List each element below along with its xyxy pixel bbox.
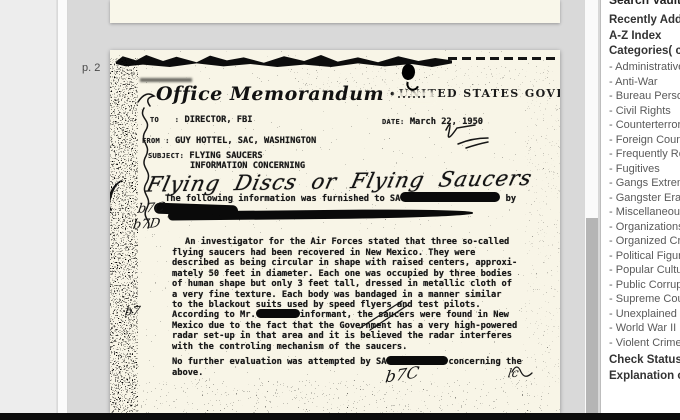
category-link-counterterrorism[interactable]: Counterterrorism <box>609 118 680 133</box>
previous-page-scan <box>110 0 560 23</box>
exemption-code-b7: b7 <box>124 303 142 318</box>
redaction-bar <box>168 208 473 220</box>
field-subject: SUBJECT: FLYING SAUCERS <box>148 151 263 161</box>
field-to: TO : DIRECTOR, FBI <box>150 115 252 125</box>
intro-line: The following information was furnished … <box>165 192 516 205</box>
category-link-gangster-era[interactable]: Gangster Era <box>609 191 680 206</box>
category-link-miscellaneous[interactable]: Miscellaneous <box>609 205 680 220</box>
redaction-bar <box>400 192 500 202</box>
category-link-violent-crime[interactable]: Violent Crime <box>609 336 680 351</box>
memo-paragraph-2: According to Mr.informant, the saucers w… <box>172 309 544 352</box>
memo-paragraph-3: No further evaluation was attempted by S… <box>172 356 544 378</box>
memo-page-scan: Office Memorandum•UNITED STATES GOVERNME… <box>110 50 560 413</box>
margin-mark-lc: lc <box>507 366 520 381</box>
memo-letterhead: Office Memorandum•UNITED STATES GOVERNME… <box>156 83 556 105</box>
category-link-civil-rights[interactable]: Civil Rights <box>609 104 680 119</box>
viewer-scrollbar-thumb[interactable] <box>586 218 598 413</box>
to-value: DIRECTOR, FBI <box>184 115 252 125</box>
left-gutter <box>0 0 57 413</box>
redaction-bar <box>256 309 300 318</box>
form-number-smudge <box>140 78 192 82</box>
bottom-edge-bar <box>0 413 680 420</box>
category-link-administrative[interactable]: Administrative Policy Procedures <box>609 60 680 75</box>
category-link-bureau-personnel[interactable]: Bureau Personnel <box>609 89 680 104</box>
category-link-unexplained-phenomenon[interactable]: Unexplained Phenomenon <box>609 307 680 322</box>
sidebar-item-check-status[interactable]: Check Status of Your FOI/PA Request <box>609 354 680 366</box>
memo-paragraph-1: An investigator for the Air Forces state… <box>172 237 544 311</box>
field-from: FROM : GUY HOTTEL, SAC, WASHINGTON <box>142 136 316 146</box>
category-link-political-figures[interactable]: Political Figures Events <box>609 249 680 264</box>
category-link-organized-crime[interactable]: Organized Crime <box>609 234 680 249</box>
letterhead-script: Office Memorandum <box>156 83 384 105</box>
exemption-code-b7c-bottom: b7C <box>384 363 420 387</box>
category-link-popular-culture[interactable]: Popular Culture <box>609 263 680 278</box>
letterhead-bullet: • <box>390 86 395 101</box>
category-link-fugitives[interactable]: Fugitives <box>609 162 680 177</box>
category-link-supreme-court[interactable]: Supreme Court <box>609 292 680 307</box>
exemption-code-b7c: b7C <box>137 200 166 217</box>
sidebar-item-recently-added[interactable]: Recently Added <box>609 14 680 26</box>
category-link-world-war-ii[interactable]: World War II <box>609 321 680 336</box>
field-date: DATE: March 22, 1950 <box>382 117 483 127</box>
category-link-foreign-counterintelligence[interactable]: Foreign Counterintelligence <box>609 133 680 148</box>
vault-sidebar: Search Vault Recently Added A-Z Index Ca… <box>600 0 680 413</box>
scan-top-edge-dashes <box>448 57 558 60</box>
left-strip <box>58 0 68 413</box>
page-number-label: p. 2 <box>82 62 100 74</box>
scan-top-edge <box>116 55 452 67</box>
from-value: GUY HOTTEL, SAC, WASHINGTON <box>175 136 316 146</box>
letterhead-smudge <box>396 93 432 101</box>
subject-line1: FLYING SAUCERS <box>189 151 262 161</box>
category-link-gangs-extremist-groups[interactable]: Gangs Extremist Groups <box>609 176 680 191</box>
category-links: Administrative Policy Procedures Anti-Wa… <box>609 60 680 350</box>
sidebar-item-search-vault[interactable]: Search Vault <box>609 0 680 7</box>
category-link-frequently-requested[interactable]: Frequently Requested <box>609 147 680 162</box>
category-link-anti-war[interactable]: Anti-War <box>609 75 680 90</box>
fbi-vault-viewer: p. 2 Office Memorandum•UNITED STATES GOV… <box>0 0 680 420</box>
date-value: March 22, 1950 <box>410 117 483 127</box>
margin-paren-mark: ( <box>110 175 122 216</box>
ink-blot <box>401 63 416 81</box>
category-link-organizations[interactable]: Organizations <box>609 220 680 235</box>
category-link-public-corruption[interactable]: Public Corruption <box>609 278 680 293</box>
exemption-code-b7d: b7D <box>132 216 161 233</box>
sidebar-item-categories[interactable]: Categories( click to expand ) <box>609 45 680 57</box>
sidebar-item-explanation-of-exemptions[interactable]: Explanation of Exemptions <box>609 370 680 382</box>
sidebar-item-az-index[interactable]: A-Z Index <box>609 30 680 42</box>
